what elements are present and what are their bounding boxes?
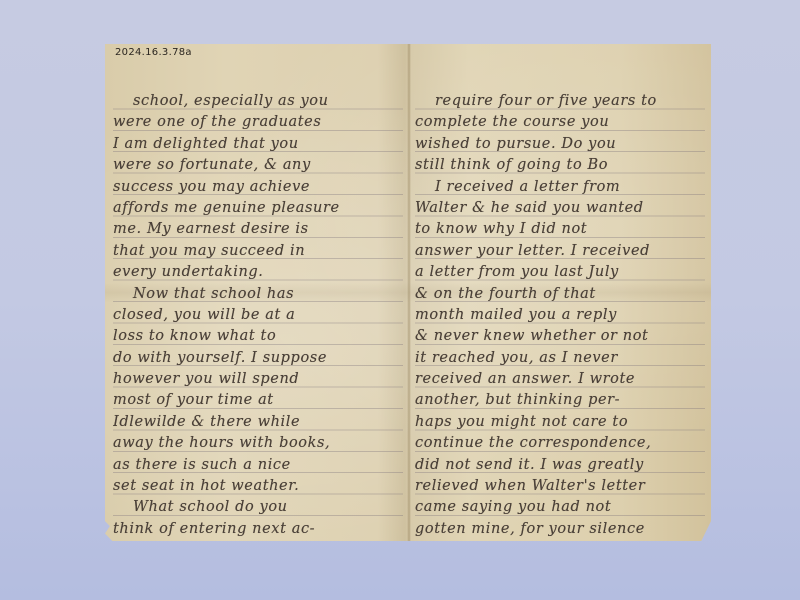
handwritten-line: still think of going to Bo [415,156,705,177]
right-page-text: require four or five years tocomplete th… [415,92,705,563]
handwritten-line: gotten mine, for your silence [415,520,705,541]
handwritten-line: haps you might not care to [415,413,705,434]
handwritten-line: me. My earnest desire is [113,220,403,241]
handwritten-line: affords me genuine pleasure [113,199,403,220]
handwritten-line: away the hours with books, [113,434,403,455]
handwritten-line: do with yourself. I suppose [113,349,403,370]
handwritten-line: it reached you, as I never [415,349,705,370]
handwritten-line: month mailed you a reply [415,306,705,327]
handwritten-line: as there is such a nice [113,456,403,477]
handwritten-line: Now that school has [113,285,403,306]
handwritten-line: was very mortifying. I believe [415,541,705,562]
handwritten-line: wished to pursue. Do you [415,135,705,156]
left-page: school, especially as youwere one of the… [113,92,403,532]
handwritten-line: relieved when Walter's letter [415,477,705,498]
handwritten-line: were so fortunate, & any [113,156,403,177]
handwritten-line: Idlewilde & there while [113,413,403,434]
handwritten-line: to know why I did not [415,220,705,241]
handwritten-line: loss to know what to [113,327,403,348]
handwritten-line: cording to what it would [113,541,403,562]
handwritten-line: however you will spend [113,370,403,391]
handwritten-line: Walter & he said you wanted [415,199,705,220]
handwritten-line: another, but thinking per- [415,391,705,412]
handwritten-line: set seat in hot weather. [113,477,403,498]
center-fold [407,44,411,541]
handwritten-line: did not send it. I was greatly [415,456,705,477]
handwritten-line: & on the fourth of that [415,285,705,306]
handwritten-line: I am delighted that you [113,135,403,156]
left-page-text: school, especially as youwere one of the… [113,92,403,563]
handwritten-line: school, especially as you [113,92,403,113]
handwritten-line: were one of the graduates [113,113,403,134]
handwritten-line: closed, you will be at a [113,306,403,327]
handwritten-line: What school do you [113,498,403,519]
handwritten-line: most of your time at [113,391,403,412]
handwritten-line: complete the course you [415,113,705,134]
handwritten-line: & never knew whether or not [415,327,705,348]
handwritten-line: continue the correspondence, [415,434,705,455]
right-page: require four or five years tocomplete th… [415,92,705,532]
handwritten-line: came saying you had not [415,498,705,519]
handwritten-line: every undertaking. [113,263,403,284]
handwritten-line: I received a letter from [415,178,705,199]
letter-sheet: 2024.16.3.78a school, especially as youw… [105,44,711,541]
handwritten-line: that you may succeed in [113,242,403,263]
handwritten-line: a letter from you last July [415,263,705,284]
handwritten-line: received an answer. I wrote [415,370,705,391]
handwritten-line: success you may achieve [113,178,403,199]
handwritten-line: require four or five years to [415,92,705,113]
handwritten-line: answer your letter. I received [415,242,705,263]
handwritten-line: think of entering next ac- [113,520,403,541]
accession-number: 2024.16.3.78a [115,47,192,58]
